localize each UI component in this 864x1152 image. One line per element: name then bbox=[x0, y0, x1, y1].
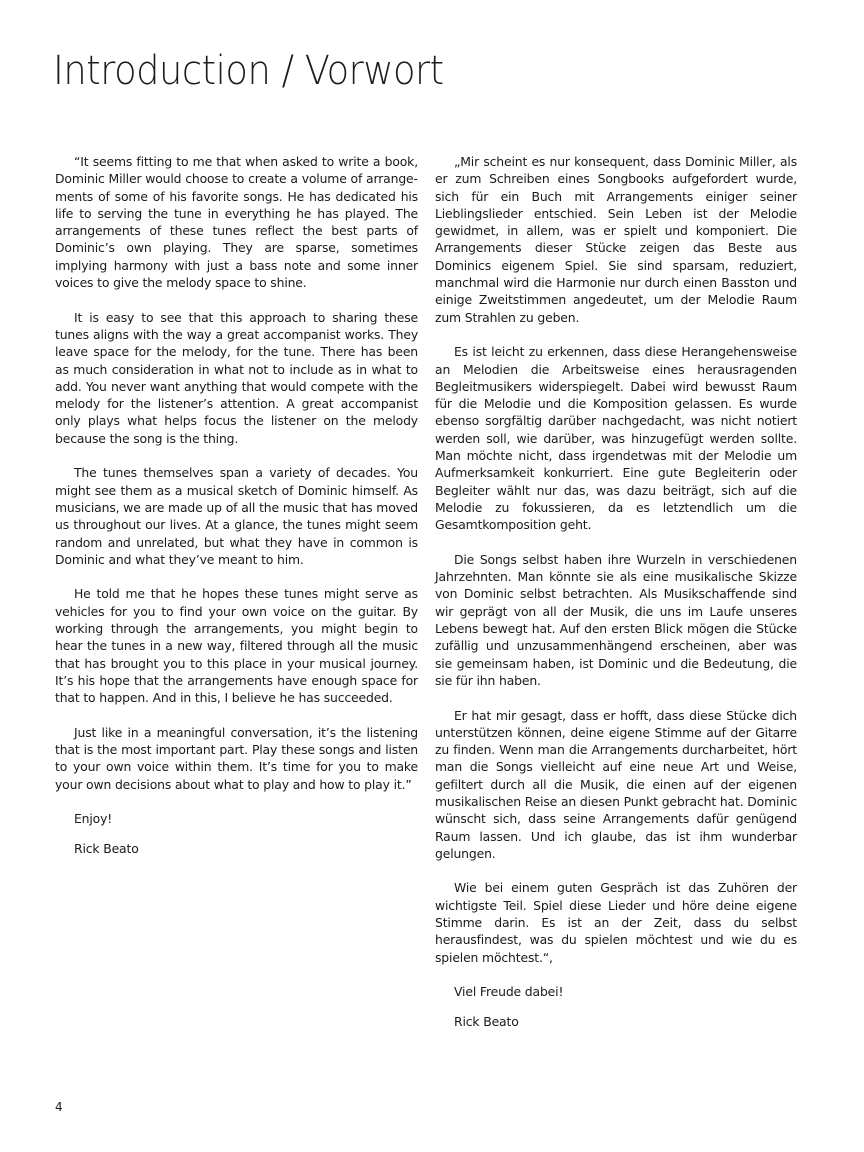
english-paragraph-4: He told me that he hopes these tunes mig… bbox=[55, 585, 418, 706]
german-paragraph-1: „Mir scheint es nur konsequent, dass Dom… bbox=[435, 153, 797, 326]
german-paragraph-4: Er hat mir gesagt, dass er hofft, dass d… bbox=[435, 707, 797, 863]
english-closing: Enjoy! bbox=[55, 810, 418, 827]
english-paragraph-3: The tunes themselves span a variety of d… bbox=[55, 464, 418, 568]
english-signature: Rick Beato bbox=[55, 840, 418, 857]
german-paragraph-2: Es ist leicht zu erkennen, dass diese He… bbox=[435, 343, 797, 533]
page-number: 4 bbox=[55, 1100, 63, 1114]
german-paragraph-5: Wie bei einem guten Gespräch ist das Zuh… bbox=[435, 879, 797, 965]
english-paragraph-2: It is easy to see that this approach to … bbox=[55, 309, 418, 447]
page-title: Introduction / Vorwort bbox=[53, 48, 444, 94]
german-paragraph-3: Die Songs selbst haben ihre Wurzeln in v… bbox=[435, 551, 797, 689]
english-paragraph-1: “It seems fitting to me that when asked … bbox=[55, 153, 418, 291]
german-column: „Mir scheint es nur konsequent, dass Dom… bbox=[435, 153, 797, 1042]
english-column: “It seems fitting to me that when asked … bbox=[55, 153, 418, 869]
german-closing: Viel Freude dabei! bbox=[435, 983, 797, 1000]
german-signature: Rick Beato bbox=[435, 1013, 797, 1030]
english-paragraph-5: Just like in a meaningful conversation, … bbox=[55, 724, 418, 793]
